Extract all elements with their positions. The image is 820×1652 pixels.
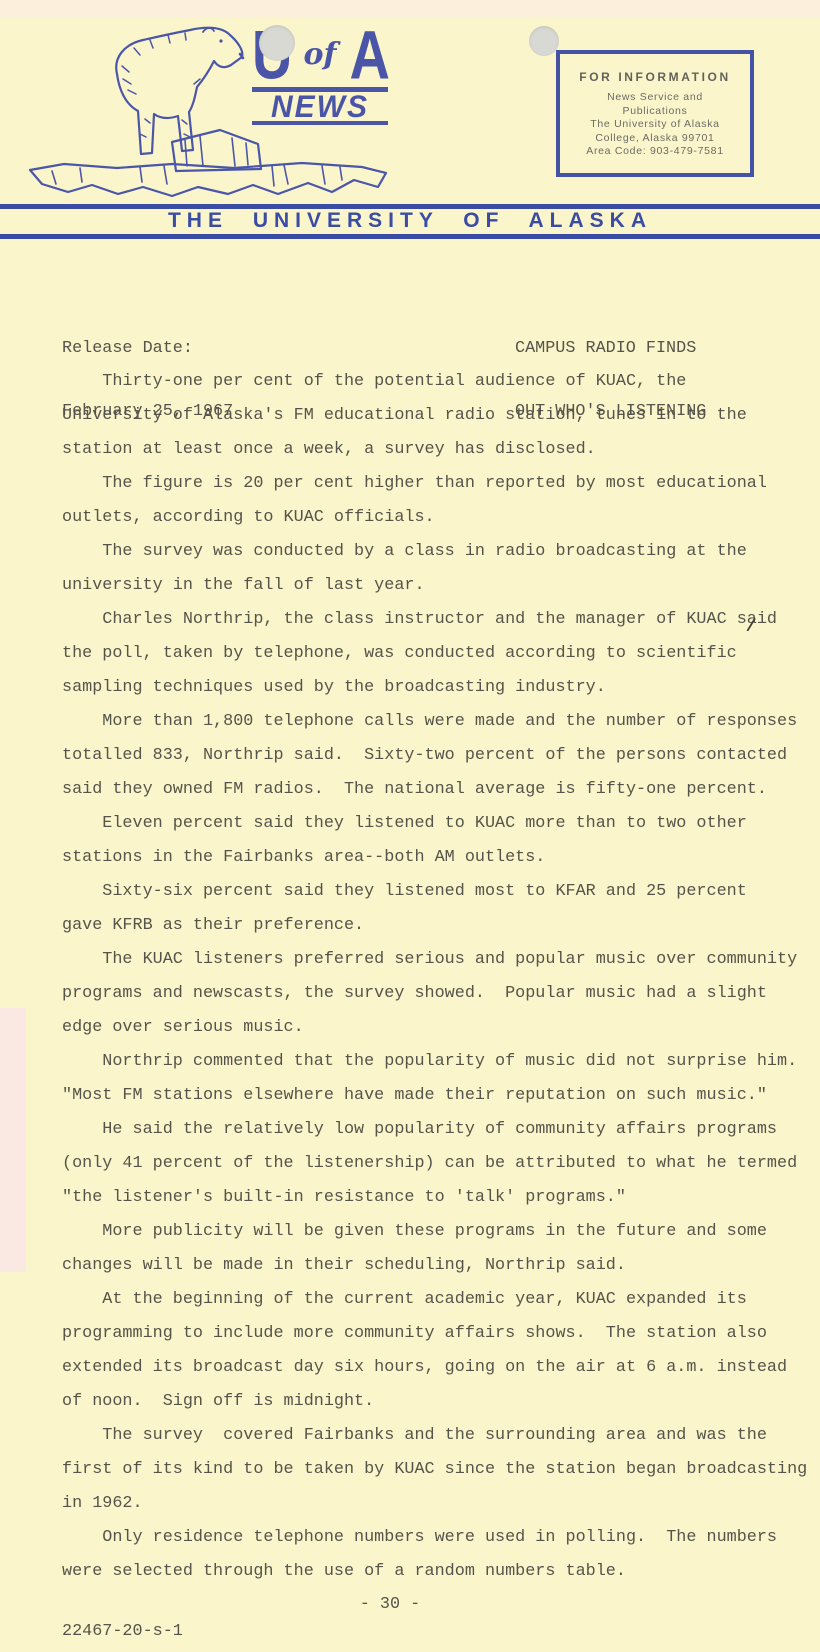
body-line: Only residence telephone numbers were us… [62,1521,820,1555]
university-banner: THE UNIVERSITY OF ALASKA [0,208,820,234]
info-box-line: Area Code: 903-479-7581 [560,145,750,159]
body-line: programming to include more community af… [62,1317,820,1351]
body-line: He said the relatively low popularity of… [62,1113,820,1147]
headline-line: CAMPUS RADIO FINDS [515,338,706,359]
body-line: More than 1,800 telephone calls were mad… [62,705,820,739]
info-box-line: News Service and [560,91,750,105]
info-box-title: FOR INFORMATION [560,70,750,84]
body-line: The KUAC listeners preferred serious and… [62,943,820,977]
body-line: edge over serious music. [62,1011,820,1045]
press-release-page: U of A NEWS FOR INFORMATION News Service… [0,0,820,1652]
body-line: Charles Northrip, the class instructor a… [62,603,820,637]
body-line: Eleven percent said they listened to KUA… [62,807,820,841]
body-line: (only 41 percent of the listenership) ca… [62,1147,820,1181]
punch-hole-left [259,25,295,61]
body-line: changes will be made in their scheduling… [62,1249,820,1283]
body-line: sampling techniques used by the broadcas… [62,671,820,705]
document-number: 22467-20-s-1 [62,1615,183,1649]
body-line: Northrip commented that the popularity o… [62,1045,820,1079]
body-line: university in the fall of last year. [62,569,820,603]
body-line: More publicity will be given these progr… [62,1215,820,1249]
banner-rule-bottom [0,234,820,239]
body-line: "the listener's built-in resistance to '… [62,1181,820,1215]
body-line: first of its kind to be taken by KUAC si… [62,1453,820,1487]
logo-news-text: NEWS [252,94,388,121]
body-line: Sixty-six percent said they listened mos… [62,875,820,909]
body-line: of noon. Sign off is midnight. [62,1385,820,1419]
body-line: said they owned FM radios. The national … [62,773,820,807]
info-box-line: The University of Alaska [560,118,750,132]
body-line: totalled 833, Northrip said. Sixty-two p… [62,739,820,773]
info-box-line: Publications [560,105,750,119]
body-line: The figure is 20 per cent higher than re… [62,467,820,501]
body-line: "Most FM stations elsewhere have made th… [62,1079,820,1113]
body-line: The survey was conducted by a class in r… [62,535,820,569]
info-box: FOR INFORMATION News Service and Publica… [556,50,754,177]
body-line: the poll, taken by telephone, was conduc… [62,637,820,671]
body-line: station at least once a week, a survey h… [62,433,820,467]
body-line: stations in the Fairbanks area--both AM … [62,841,820,875]
release-date-label: Release Date: [62,338,233,359]
body-line: were selected through the use of a rando… [62,1555,820,1589]
logo-letter-a: A [350,26,388,85]
scan-edge-top [0,0,820,18]
body-line: At the beginning of the current academic… [62,1283,820,1317]
body-line: University of Alaska's FM educational ra… [62,399,820,433]
scan-edge-left [0,1008,26,1272]
body-line: programs and newscasts, the survey showe… [62,977,820,1011]
body-line: The survey covered Fairbanks and the sur… [62,1419,820,1453]
punch-hole-right [529,26,559,56]
logo-of-script: of [304,40,337,70]
info-box-line: College, Alaska 99701 [560,132,750,146]
body-line: in 1962. [62,1487,820,1521]
body-line: Thirty-one per cent of the potential aud… [62,365,820,399]
body-text: Thirty-one per cent of the potential aud… [62,365,820,1589]
body-line: outlets, according to KUAC officials. [62,501,820,535]
body-line: extended its broadcast day six hours, go… [62,1351,820,1385]
body-line: gave KFRB as their preference. [62,909,820,943]
